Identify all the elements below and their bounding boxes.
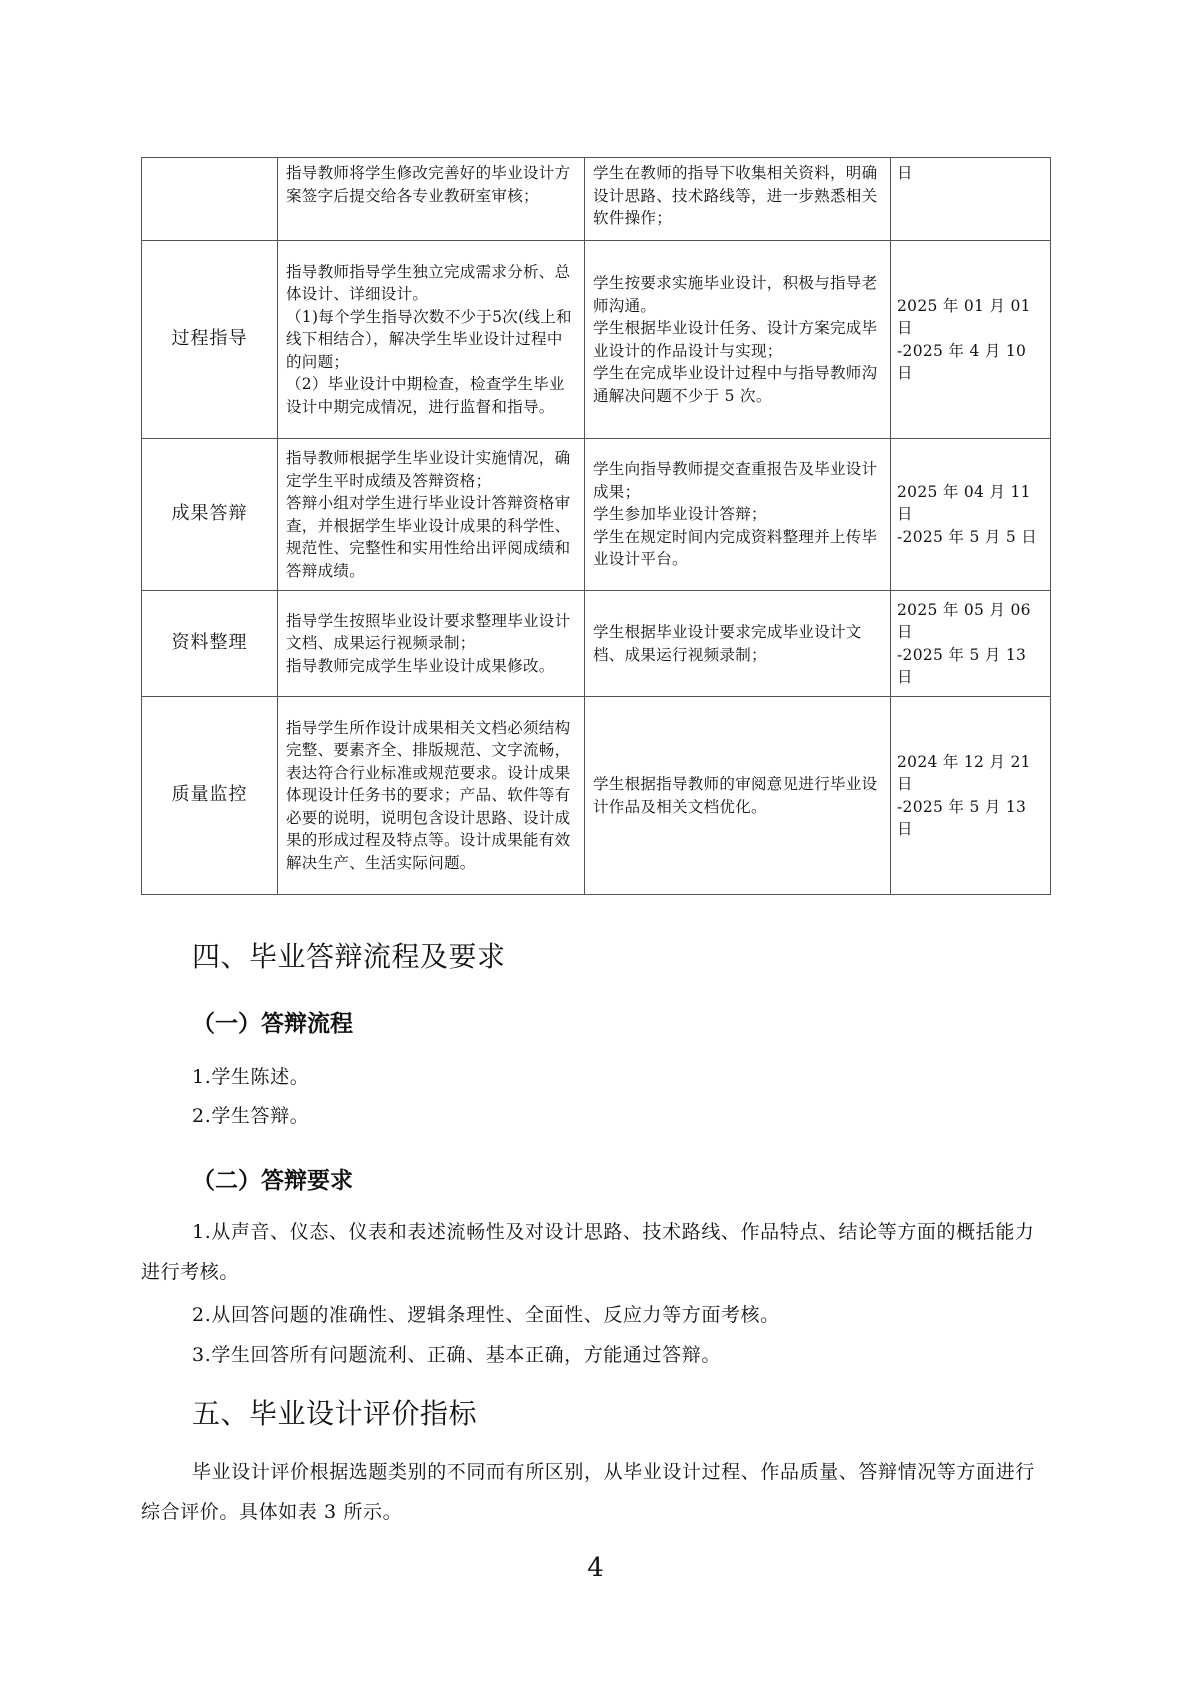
subsection-defense-requirements-heading: （二）答辩要求	[192, 1162, 353, 1195]
teacher-task: 指导学生所作设计成果相关文档必须结构完整、要素齐全、排版规范、文字流畅，表达符合…	[286, 717, 576, 875]
teacher-task: 指导教师将学生修改完善好的毕业设计方案签字后提交给各专业教研室审核；	[286, 162, 576, 207]
teacher-task: 指导教师指导学生独立完成需求分析、总体设计、详细设计。	[286, 261, 576, 306]
requirement-item: 3.学生回答所有问题流利、正确、基本正确，方能通过答辩。	[192, 1340, 721, 1367]
teacher-tasks-cell: 指导学生按照毕业设计要求整理毕业设计文档、成果运行视频录制； 指导教师完成学生毕…	[278, 591, 585, 697]
date-line: 日	[897, 162, 1046, 185]
table-row: 指导教师将学生修改完善好的毕业设计方案签字后提交给各专业教研室审核； 学生在教师…	[142, 158, 1051, 241]
student-task: 学生按要求实施毕业设计，积极与指导老师沟通。	[593, 272, 882, 317]
student-tasks-cell: 学生在教师的指导下收集相关资料，明确设计思路、技术路线等，进一步熟悉相关软件操作…	[585, 158, 891, 241]
student-task: 学生在完成毕业设计过程中与指导教师沟通解决问题不少于 5 次。	[593, 362, 882, 407]
teacher-tasks-cell: 指导教师指导学生独立完成需求分析、总体设计、详细设计。 （1)每个学生指导次数不…	[278, 241, 585, 439]
subsection-defense-process-heading: （一）答辩流程	[192, 1005, 353, 1038]
phase-cell: 过程指导	[142, 241, 278, 439]
requirement-item: 1.从声音、仪态、仪表和表述流畅性及对设计思路、技术路线、作品特点、结论等方面的…	[141, 1212, 1053, 1292]
teacher-tasks-cell: 指导学生所作设计成果相关文档必须结构完整、要素齐全、排版规范、文字流畅，表达符合…	[278, 697, 585, 895]
section-4-heading: 四、毕业答辩流程及要求	[192, 935, 506, 975]
teacher-tasks-cell: 指导教师将学生修改完善好的毕业设计方案签字后提交给各专业教研室审核；	[278, 158, 585, 241]
date-cell: 日	[891, 158, 1051, 241]
table-row: 过程指导 指导教师指导学生独立完成需求分析、总体设计、详细设计。 （1)每个学生…	[142, 241, 1051, 439]
section-5-heading: 五、毕业设计评价指标	[192, 1392, 477, 1432]
table-row: 成果答辩 指导教师根据学生毕业设计实施情况，确定学生平时成绩及答辩资格； 答辩小…	[142, 439, 1051, 591]
teacher-task: 答辩小组对学生进行毕业设计答辩资格审查，并根据学生毕业设计成果的科学性、规范性、…	[286, 492, 576, 582]
teacher-task: 指导学生按照毕业设计要求整理毕业设计文档、成果运行视频录制；	[286, 610, 576, 655]
process-item: 2.学生答辩。	[192, 1101, 309, 1128]
document-page: 指导教师将学生修改完善好的毕业设计方案签字后提交给各专业教研室审核； 学生在教师…	[0, 0, 1191, 1684]
schedule-table: 指导教师将学生修改完善好的毕业设计方案签字后提交给各专业教研室审核； 学生在教师…	[141, 157, 1051, 895]
date-line: 2024 年 12 月 21 日	[897, 751, 1046, 796]
student-task: 学生在教师的指导下收集相关资料，明确设计思路、技术路线等，进一步熟悉相关软件操作…	[593, 162, 882, 230]
date-line: -2025 年 5 月 13 日	[897, 644, 1046, 689]
student-task: 学生根据毕业设计要求完成毕业设计文档、成果运行视频录制；	[593, 621, 882, 666]
table-row: 质量监控 指导学生所作设计成果相关文档必须结构完整、要素齐全、排版规范、文字流畅…	[142, 697, 1051, 895]
table-row: 资料整理 指导学生按照毕业设计要求整理毕业设计文档、成果运行视频录制； 指导教师…	[142, 591, 1051, 697]
date-line: -2025 年 5 月 5 日	[897, 526, 1046, 549]
student-task: 学生向指导教师提交查重报告及毕业设计成果；	[593, 458, 882, 503]
date-cell: 2024 年 12 月 21 日 -2025 年 5 月 13 日	[891, 697, 1051, 895]
date-line: -2025 年 4 月 10 日	[897, 340, 1046, 385]
phase-cell	[142, 158, 278, 241]
phase-cell: 成果答辩	[142, 439, 278, 591]
phase-cell: 资料整理	[142, 591, 278, 697]
date-line: -2025 年 5 月 13 日	[897, 796, 1046, 841]
date-cell: 2025 年 01 月 01 日 -2025 年 4 月 10 日	[891, 241, 1051, 439]
student-task: 学生参加毕业设计答辩；	[593, 503, 882, 526]
teacher-task: 指导教师根据学生毕业设计实施情况，确定学生平时成绩及答辩资格；	[286, 447, 576, 492]
date-line: 2025 年 05 月 06 日	[897, 599, 1046, 644]
requirement-item: 2.从回答问题的准确性、逻辑条理性、全面性、反应力等方面考核。	[192, 1300, 780, 1327]
student-tasks-cell: 学生向指导教师提交查重报告及毕业设计成果； 学生参加毕业设计答辩； 学生在规定时…	[585, 439, 891, 591]
student-tasks-cell: 学生根据毕业设计要求完成毕业设计文档、成果运行视频录制；	[585, 591, 891, 697]
evaluation-paragraph: 毕业设计评价根据选题类别的不同而有所区别，从毕业设计过程、作品质量、答辩情况等方…	[141, 1452, 1053, 1532]
date-line: 2025 年 01 月 01 日	[897, 295, 1046, 340]
teacher-task: （1)每个学生指导次数不少于5次(线上和线下相结合），解决学生毕业设计过程中的问…	[286, 306, 576, 374]
phase-cell: 质量监控	[142, 697, 278, 895]
student-task: 学生根据毕业设计任务、设计方案完成毕业设计的作品设计与实现；	[593, 317, 882, 362]
date-line: 2025 年 04 月 11 日	[897, 481, 1046, 526]
date-cell: 2025 年 05 月 06 日 -2025 年 5 月 13 日	[891, 591, 1051, 697]
page-number: 4	[0, 1553, 1191, 1583]
teacher-task: 指导教师完成学生毕业设计成果修改。	[286, 655, 576, 678]
date-cell: 2025 年 04 月 11 日 -2025 年 5 月 5 日	[891, 439, 1051, 591]
student-tasks-cell: 学生根据指导教师的审阅意见进行毕业设计作品及相关文档优化。	[585, 697, 891, 895]
process-item: 1.学生陈述。	[192, 1062, 309, 1089]
teacher-tasks-cell: 指导教师根据学生毕业设计实施情况，确定学生平时成绩及答辩资格； 答辩小组对学生进…	[278, 439, 585, 591]
student-tasks-cell: 学生按要求实施毕业设计，积极与指导老师沟通。 学生根据毕业设计任务、设计方案完成…	[585, 241, 891, 439]
student-task: 学生在规定时间内完成资料整理并上传毕业设计平台。	[593, 526, 882, 571]
student-task: 学生根据指导教师的审阅意见进行毕业设计作品及相关文档优化。	[593, 773, 882, 818]
teacher-task: （2）毕业设计中期检查，检查学生毕业设计中期完成情况，进行监督和指导。	[286, 373, 576, 418]
